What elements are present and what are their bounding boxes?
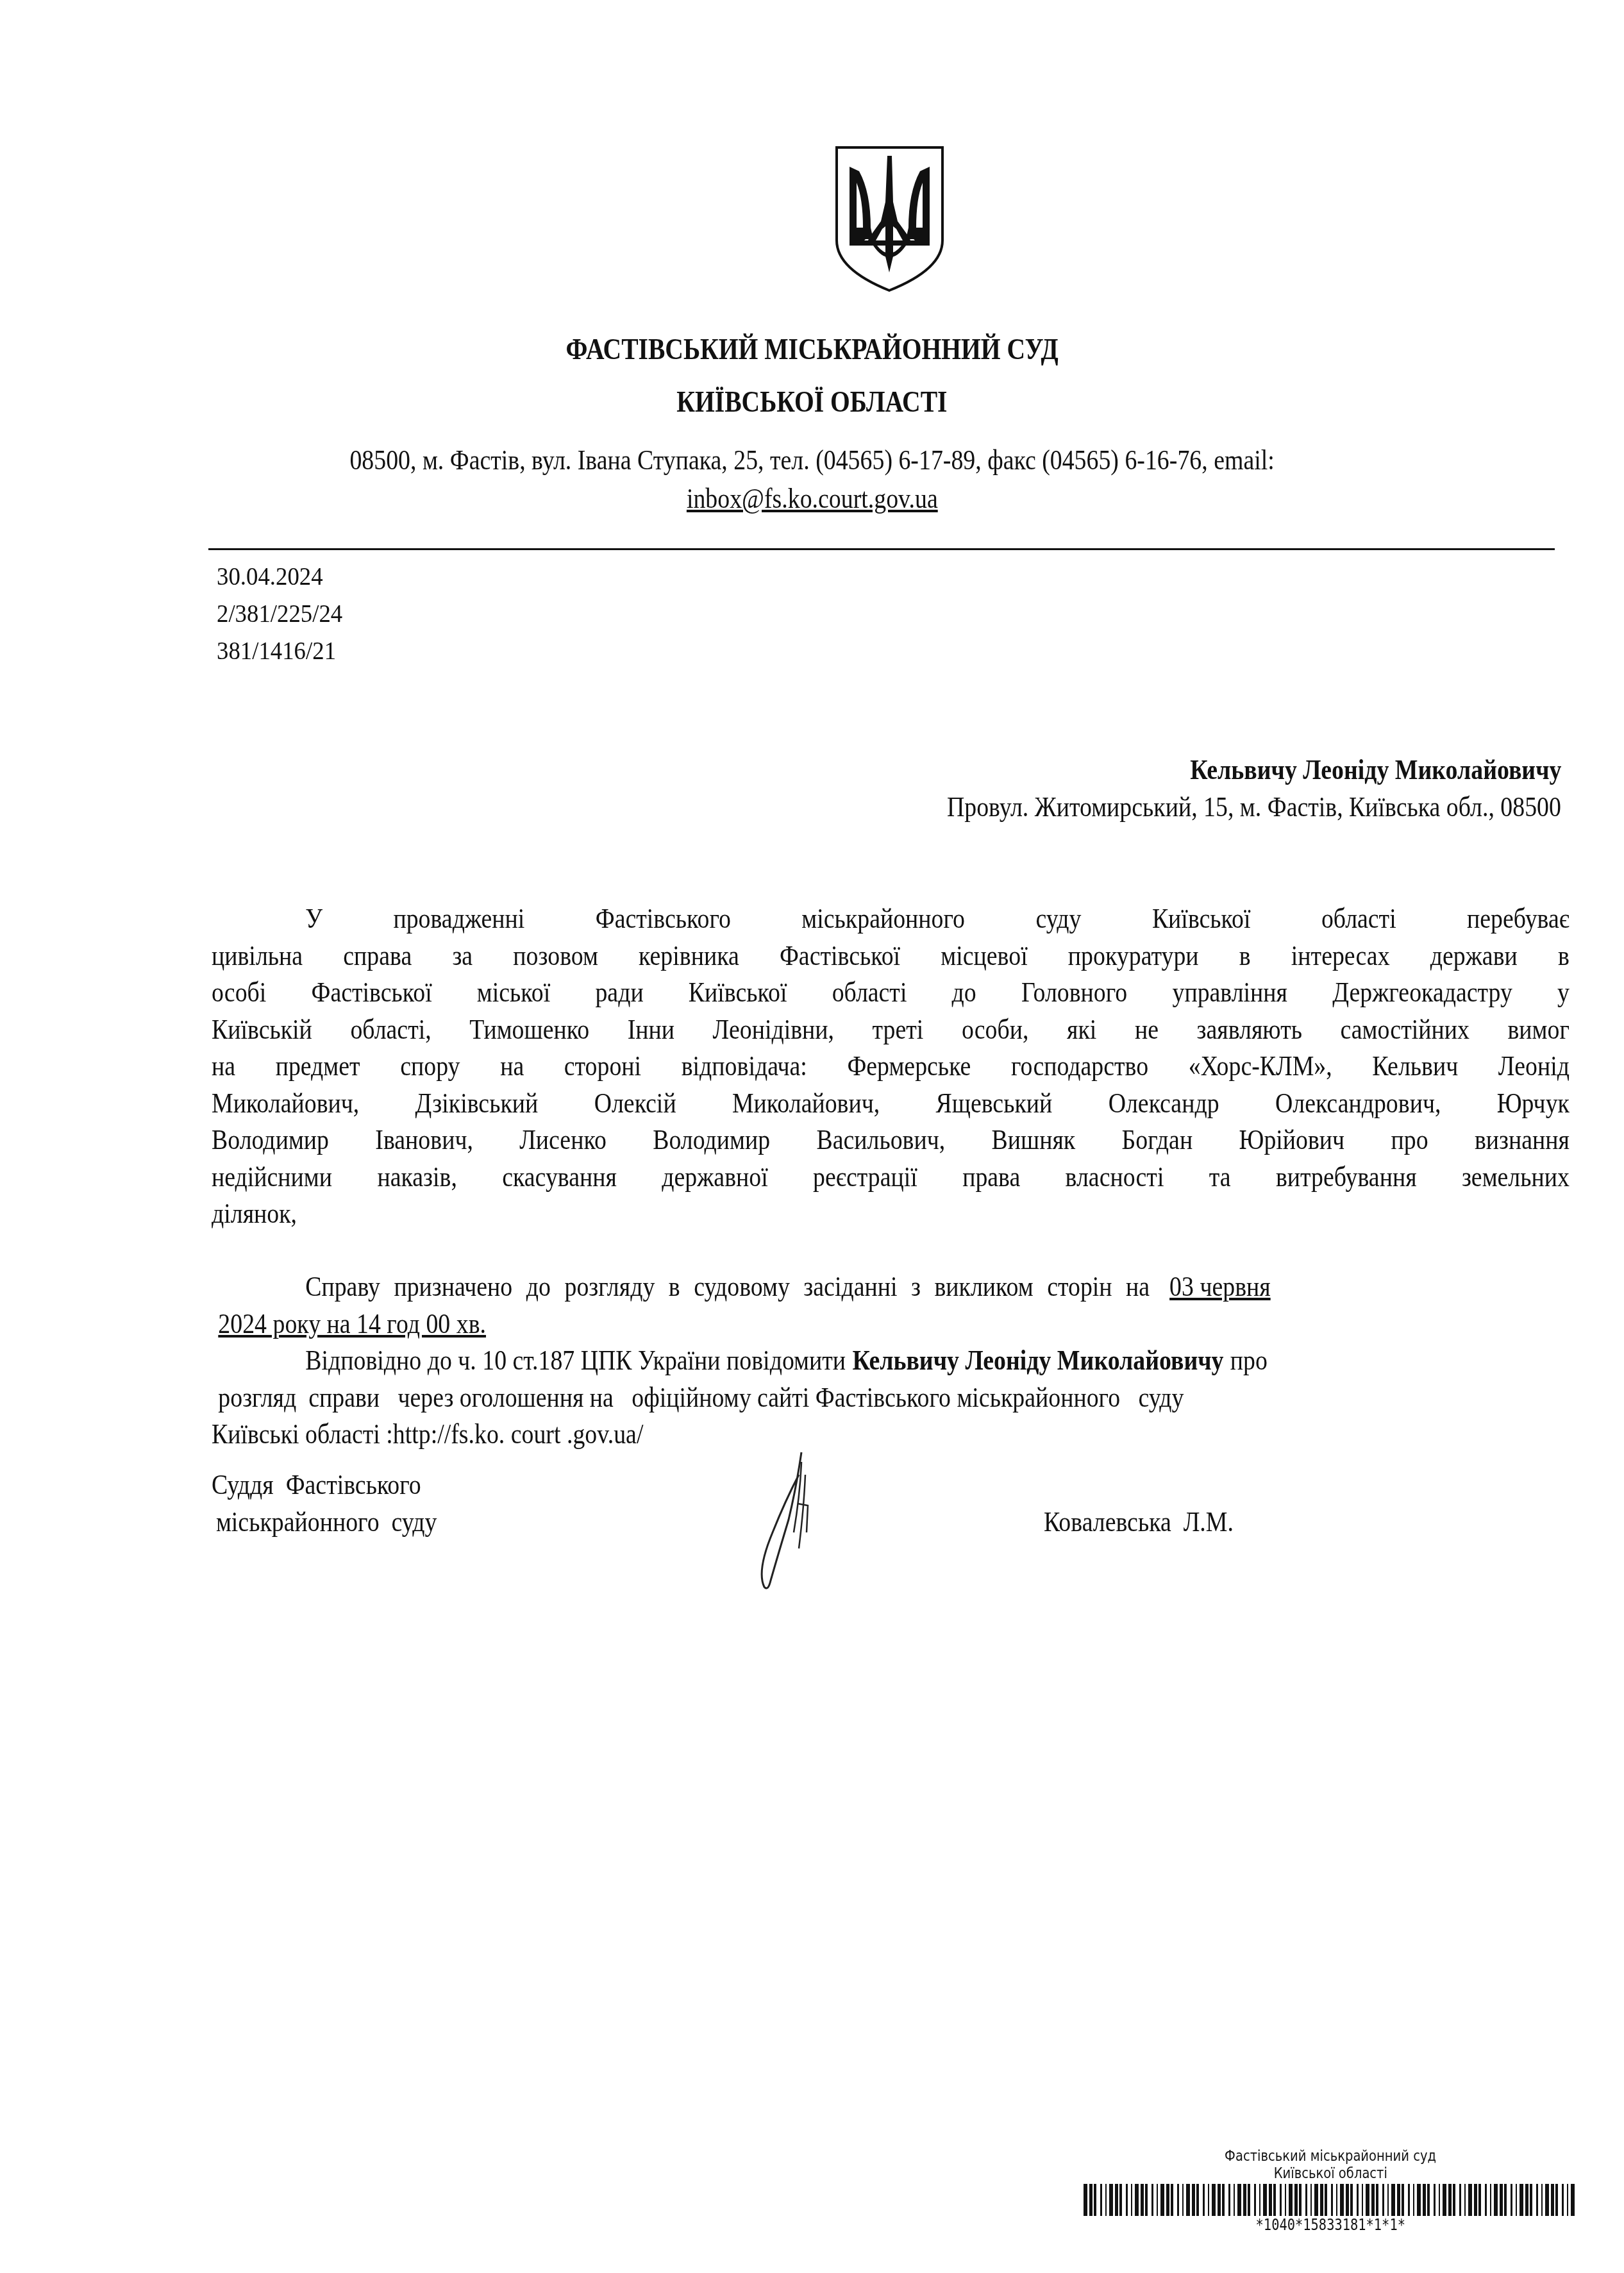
word: області, bbox=[350, 1011, 431, 1048]
handwritten-signature-icon bbox=[737, 1449, 840, 1597]
word: Леонід bbox=[1498, 1048, 1570, 1085]
paragraph-line: цивільнасправазапозовомкерівникаФастівсь… bbox=[212, 937, 1570, 975]
word: Володимир bbox=[653, 1121, 770, 1159]
word: Олександр bbox=[1109, 1085, 1219, 1122]
word: Миколайович, bbox=[212, 1085, 359, 1122]
word: провадженні bbox=[393, 900, 524, 937]
word: вимог bbox=[1507, 1011, 1570, 1048]
paragraph-line: Київські області :http://fs.ko. court .g… bbox=[212, 1416, 1570, 1453]
court-website-link[interactable]: Київські області :http://fs.ko. court .g… bbox=[212, 1416, 643, 1453]
case-description-paragraph: УпровадженніФастівськогоміськрайонногосу… bbox=[212, 900, 1570, 1232]
word: держави bbox=[1430, 937, 1518, 975]
word: Головного bbox=[1021, 974, 1127, 1011]
word: про bbox=[1391, 1121, 1428, 1159]
word: керівника bbox=[639, 937, 739, 975]
barcode-icon bbox=[1084, 2184, 1577, 2216]
hearing-time: 2024 року на 14 год 00 хв. bbox=[212, 1305, 486, 1343]
word: Олександрович, bbox=[1275, 1085, 1441, 1122]
court-email-link[interactable]: inbox@fs.ko.court.gov.ua bbox=[0, 482, 1624, 515]
word: Фастівської bbox=[780, 937, 900, 975]
paragraph-line: Миколайович,ДзіківськийОлексійМиколайови… bbox=[212, 1085, 1570, 1122]
word: господарство bbox=[1011, 1048, 1148, 1085]
word: в bbox=[1558, 937, 1570, 975]
word: Київської bbox=[1152, 900, 1251, 937]
word: Фермерське bbox=[847, 1048, 971, 1085]
word: права bbox=[962, 1159, 1020, 1196]
paragraph-line: Справу призначено до розгляду в судовому… bbox=[212, 1268, 1570, 1305]
word: Фастівської bbox=[312, 974, 432, 1011]
word: управління bbox=[1172, 974, 1287, 1011]
word: особі bbox=[212, 974, 266, 1011]
paragraph-line: особіФастівськоїміськоїрадиКиївськоїобла… bbox=[212, 974, 1570, 1011]
word: реєстрації bbox=[813, 1159, 917, 1196]
court-title: ФАСТІВСЬКИЙ МІСЬКРАЙОННИЙ СУД bbox=[0, 332, 1624, 366]
word: визнання bbox=[1475, 1121, 1570, 1159]
paragraph-line: недійсниминаказів,скасуваннядержавноїреє… bbox=[212, 1159, 1570, 1196]
notification-text: розгляд справи через оголошення на офіці… bbox=[218, 1379, 1184, 1416]
paragraph-line: Київськійобласті,ТимошенкоІнниЛеонідівни… bbox=[212, 1011, 1570, 1048]
word: У bbox=[305, 900, 322, 937]
word: земельних bbox=[1462, 1159, 1570, 1196]
word: Володимир bbox=[212, 1121, 329, 1159]
word: Васильович, bbox=[816, 1121, 945, 1159]
word: державної bbox=[662, 1159, 767, 1196]
hearing-text: Справу призначено до розгляду в судовому… bbox=[305, 1268, 1150, 1305]
notification-text: про bbox=[1230, 1342, 1268, 1379]
notification-paragraph: Відповідно до ч. 10 ст.187 ЦПК України п… bbox=[212, 1342, 1570, 1453]
word: Леонідівни, bbox=[713, 1011, 834, 1048]
word: треті bbox=[873, 1011, 924, 1048]
word: Інни bbox=[628, 1011, 674, 1048]
paragraph-line: Відповідно до ч. 10 ст.187 ЦПК України п… bbox=[212, 1342, 1570, 1379]
judge-position-line2: міськрайонного суду bbox=[212, 1506, 474, 1538]
notification-text: Відповідно до ч. 10 ст.187 ЦПК України п… bbox=[305, 1342, 846, 1379]
word: на bbox=[500, 1048, 524, 1085]
hearing-date: 03 червня bbox=[1169, 1268, 1271, 1305]
word: Держгеокадастру bbox=[1332, 974, 1512, 1011]
letter-date: 30.04.2024 bbox=[217, 561, 332, 591]
word: Богдан bbox=[1122, 1121, 1193, 1159]
word: які bbox=[1067, 1011, 1096, 1048]
word: справа bbox=[343, 937, 412, 975]
word: інтересах bbox=[1291, 937, 1390, 975]
word: власності bbox=[1066, 1159, 1164, 1196]
recipient-name: Кельвичу Леоніду Миколайовичу bbox=[1130, 753, 1561, 786]
hearing-schedule-paragraph: Справу призначено до розгляду в судовому… bbox=[212, 1268, 1570, 1342]
word: позовом bbox=[513, 937, 598, 975]
word: Юрчук bbox=[1497, 1085, 1570, 1122]
word: скасування bbox=[502, 1159, 617, 1196]
word: стороні bbox=[564, 1048, 641, 1085]
word: цивільна bbox=[212, 937, 303, 975]
word: Олексій bbox=[594, 1085, 676, 1122]
word: суду bbox=[1035, 900, 1081, 937]
word: ради bbox=[595, 974, 643, 1011]
paragraph-line: розгляд справи через оголошення на офіці… bbox=[212, 1379, 1570, 1416]
paragraph-line: ділянок, bbox=[212, 1195, 1570, 1232]
stamp-region: Київської області bbox=[1077, 2165, 1584, 2183]
word: самостійних bbox=[1340, 1011, 1469, 1048]
word: прокуратури bbox=[1068, 937, 1199, 975]
paragraph-line: напредметспорунасторонівідповідача:Ферме… bbox=[212, 1048, 1570, 1085]
word: міської bbox=[477, 974, 550, 1011]
word: у bbox=[1557, 974, 1570, 1011]
word: до bbox=[952, 974, 976, 1011]
word: та bbox=[1209, 1159, 1231, 1196]
header-divider bbox=[208, 548, 1555, 550]
recipient-address: Провул. Житомирський, 15, м. Фастів, Киї… bbox=[847, 791, 1561, 823]
word: не bbox=[1135, 1011, 1159, 1048]
word: перебуває bbox=[1467, 900, 1570, 937]
notified-person-name: Кельвичу Леоніду Миколайовичу bbox=[852, 1342, 1223, 1379]
word: Лисенко bbox=[519, 1121, 607, 1159]
word: Київській bbox=[212, 1011, 312, 1048]
registry-stamp: Фастівський міськрайонний суд Київської … bbox=[1077, 2148, 1584, 2234]
word: за bbox=[452, 937, 473, 975]
word: Миколайович, bbox=[732, 1085, 880, 1122]
word: предмет bbox=[276, 1048, 360, 1085]
judge-name: Ковалевська Л.М. bbox=[1044, 1506, 1264, 1538]
word: особи, bbox=[962, 1011, 1029, 1048]
case-number: 381/1416/21 bbox=[217, 635, 346, 666]
word: недійсними bbox=[212, 1159, 332, 1196]
word: ділянок, bbox=[212, 1195, 297, 1232]
word: Кельвич bbox=[1372, 1048, 1458, 1085]
word: місцевої bbox=[941, 937, 1027, 975]
word: Вишняк bbox=[992, 1121, 1076, 1159]
word: на bbox=[212, 1048, 235, 1085]
word: міськрайонного bbox=[801, 900, 965, 937]
outgoing-number: 2/381/225/24 bbox=[217, 598, 353, 628]
stamp-court-name: Фастівський міськрайонний суд bbox=[1077, 2148, 1584, 2165]
word: наказів, bbox=[377, 1159, 456, 1196]
word: в bbox=[1239, 937, 1251, 975]
word: Тимошенко bbox=[469, 1011, 589, 1048]
word: заявляють bbox=[1197, 1011, 1302, 1048]
word: області bbox=[832, 974, 907, 1011]
court-region-title: КИЇВСЬКОЇ ОБЛАСТІ bbox=[0, 385, 1624, 419]
word: Дзіківський bbox=[415, 1085, 539, 1122]
word: Юрійович bbox=[1239, 1121, 1344, 1159]
word: відповідача: bbox=[682, 1048, 807, 1085]
judge-position-line1: Суддя Фастівського bbox=[212, 1468, 455, 1501]
paragraph-line: ВолодимирІванович,ЛисенкоВолодимирВасиль… bbox=[212, 1121, 1570, 1159]
word: «Хорс-КЛМ», bbox=[1189, 1048, 1332, 1085]
paragraph-line: 2024 року на 14 год 00 хв. bbox=[212, 1305, 1570, 1343]
word: Іванович, bbox=[375, 1121, 473, 1159]
word: Фастівського bbox=[596, 900, 731, 937]
word: спору bbox=[400, 1048, 460, 1085]
word: витребування bbox=[1276, 1159, 1417, 1196]
court-address: 08500, м. Фастів, вул. Івана Ступака, 25… bbox=[0, 444, 1624, 476]
coat-of-arms-trident-icon bbox=[833, 144, 946, 293]
word: Ящевський bbox=[936, 1085, 1053, 1122]
barcode-number: *1040*15833181*1*1* bbox=[1077, 2216, 1584, 2234]
word: Київської bbox=[689, 974, 787, 1011]
paragraph-line: УпровадженніФастівськогоміськрайонногосу… bbox=[212, 900, 1570, 937]
word: області bbox=[1321, 900, 1396, 937]
